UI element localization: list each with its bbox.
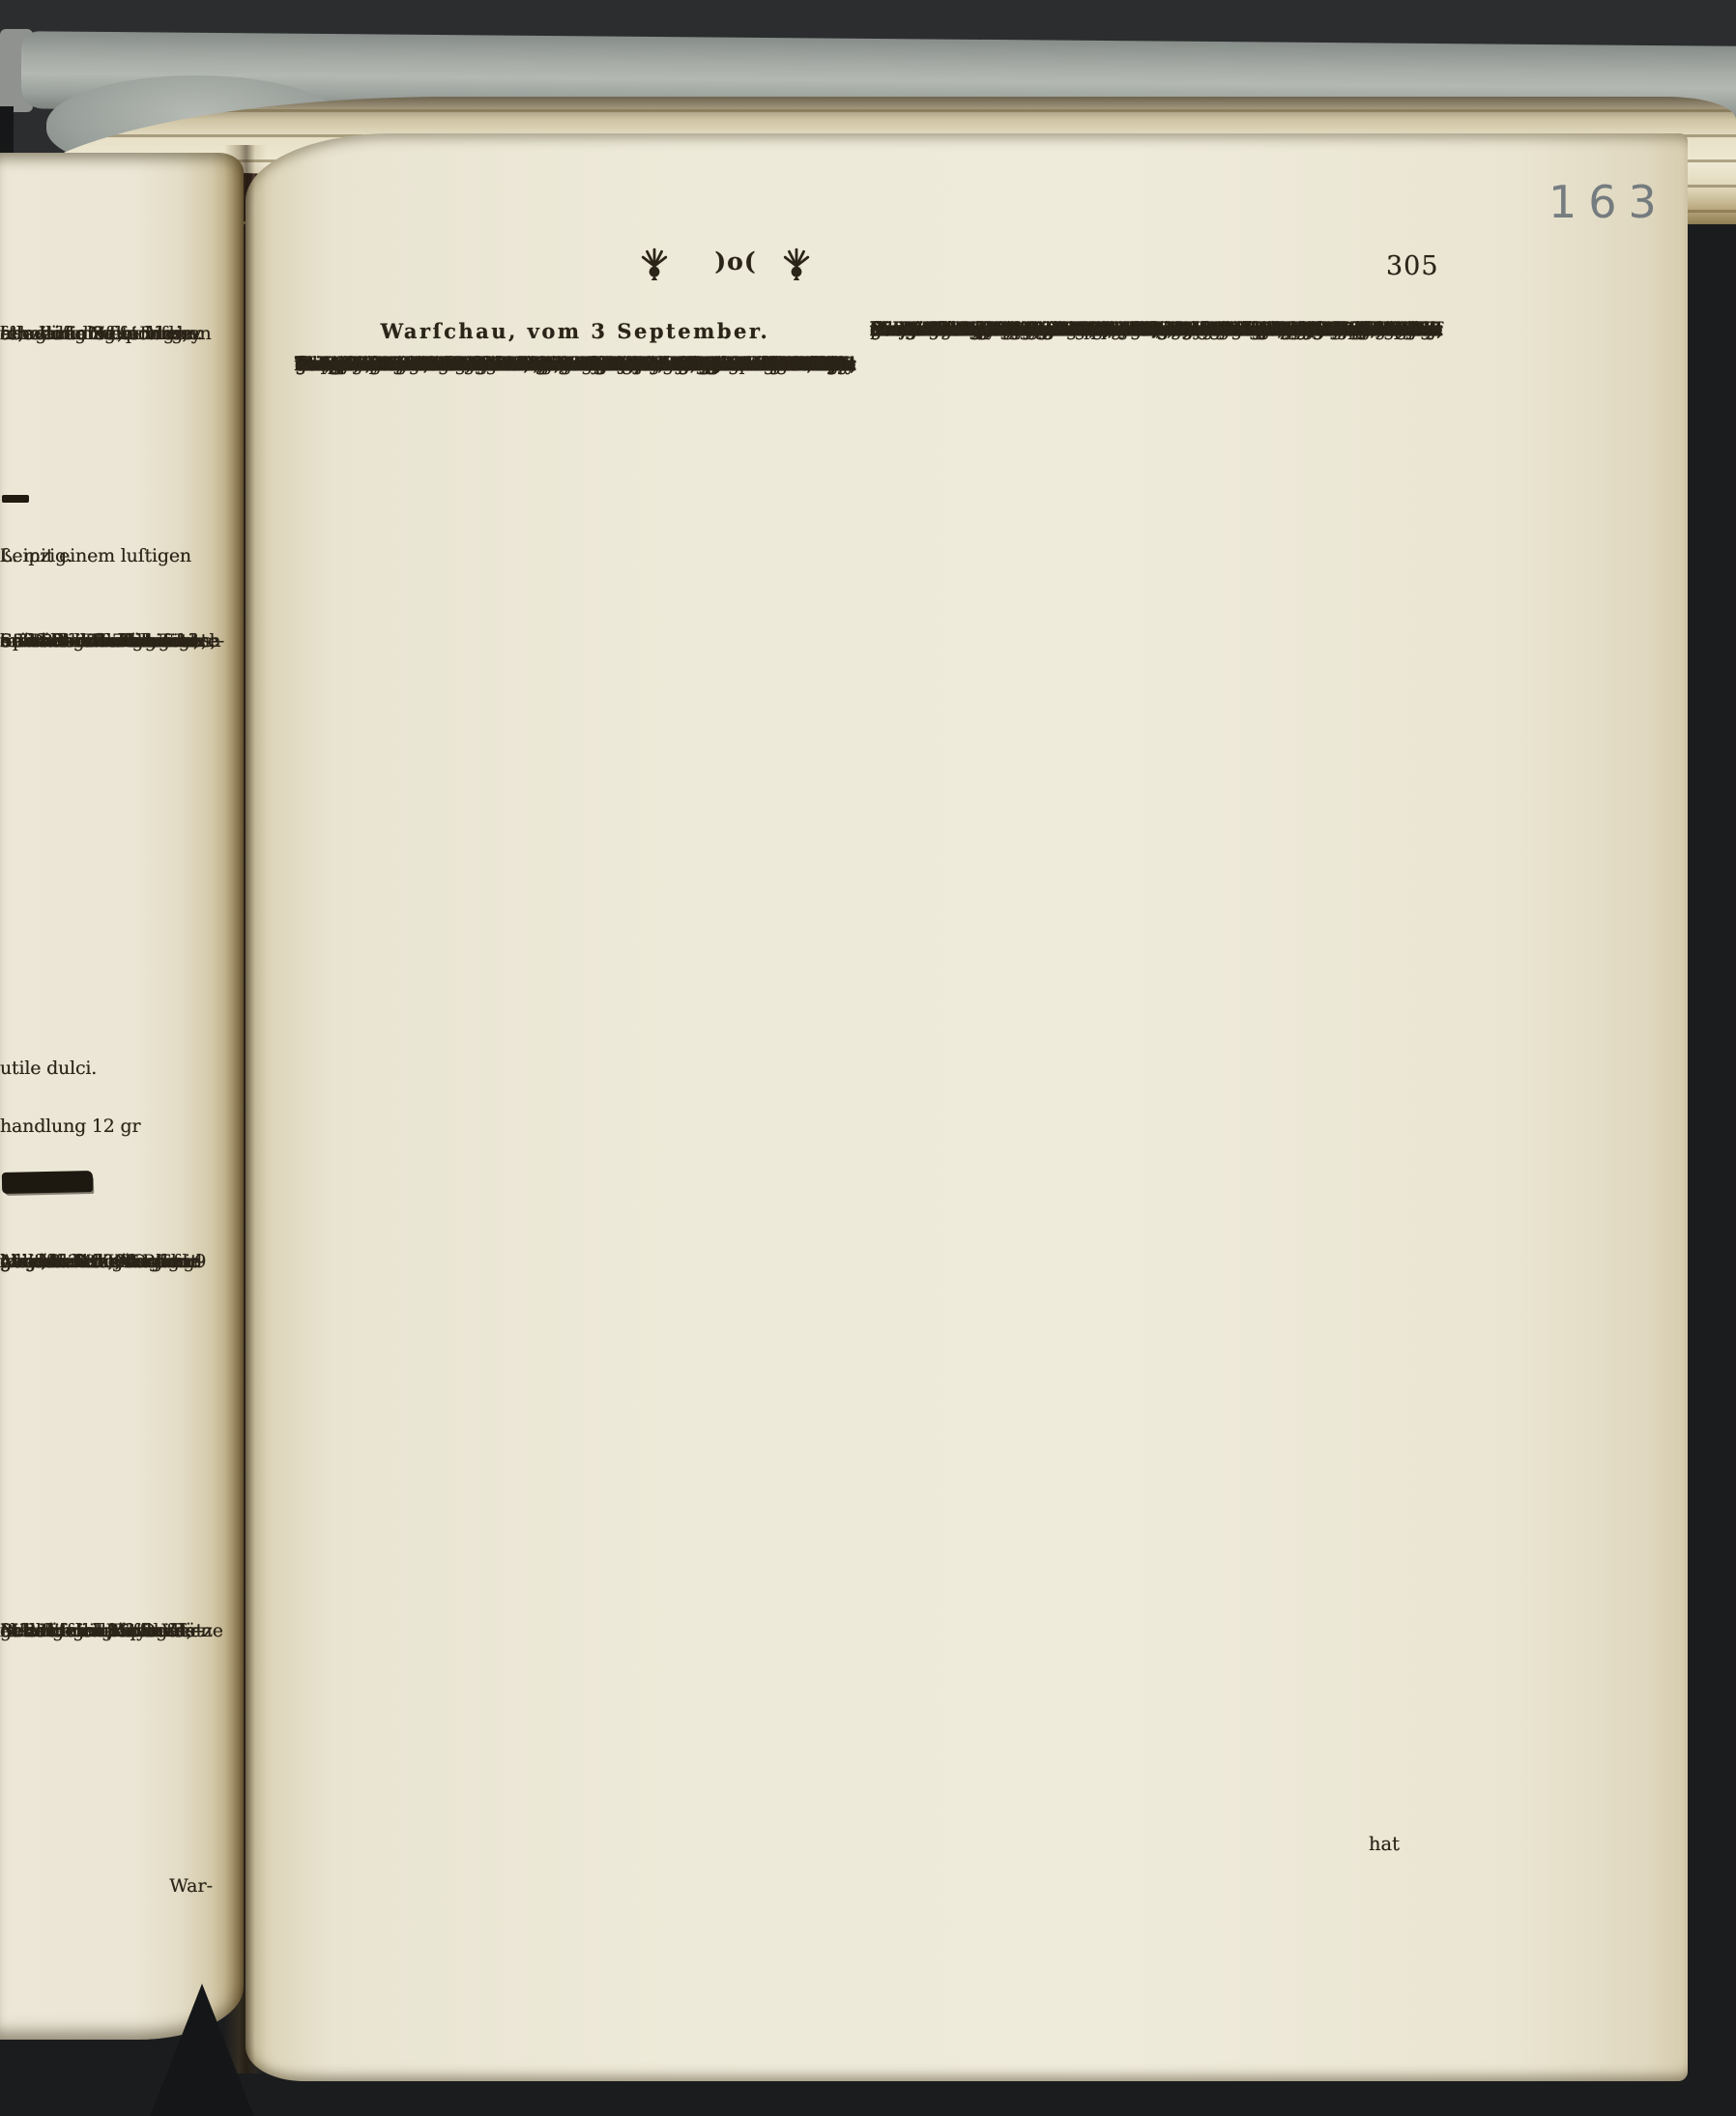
left-page-line: utile dulci. xyxy=(0,1054,242,1083)
shell-ornament-icon xyxy=(638,246,671,280)
text-line: ß. mit einem luſtigen xyxy=(0,541,191,570)
text-line: chtung der Päbſtl. Ge- xyxy=(0,1616,201,1645)
text-line: handlung 2 fl. xyxy=(0,319,127,348)
type-ornament: )o( xyxy=(702,247,769,275)
left-page-line: handlung 12 gr xyxy=(0,1112,242,1141)
catchword: hat xyxy=(870,1833,1442,1855)
text-line: handlung 12 gr xyxy=(0,1112,242,1141)
text-line: Geſandten von Rom waren nur die Couverts… xyxy=(295,350,855,379)
text-line: in männlicherem Ton, xyxy=(0,626,199,655)
book-scan: ntheil nimmt, und beyſchwache Seite blos… xyxy=(0,0,1736,2116)
left-page: ntheil nimmt, und beyſchwache Seite blos… xyxy=(0,153,244,2040)
separator-dash xyxy=(2,495,29,503)
text-line: Schreiben aus Annapol folgendes: ”Nach P… xyxy=(870,315,1442,344)
text-line: utile dulci. xyxy=(0,1054,242,1083)
article-heading: Warſchau, vom 3 September. xyxy=(295,319,855,343)
gutter-shadow xyxy=(224,145,267,2073)
page-number: 305 xyxy=(1386,251,1463,281)
text-line: Auguſt. xyxy=(0,1247,68,1276)
catchword: War- xyxy=(0,1875,242,1897)
folio-stamp: 163 xyxy=(1548,176,1688,228)
right-page: 163 )o( 3 xyxy=(246,133,1688,2081)
ink-smudge xyxy=(2,1171,93,1194)
shell-ornament-icon xyxy=(780,246,813,280)
